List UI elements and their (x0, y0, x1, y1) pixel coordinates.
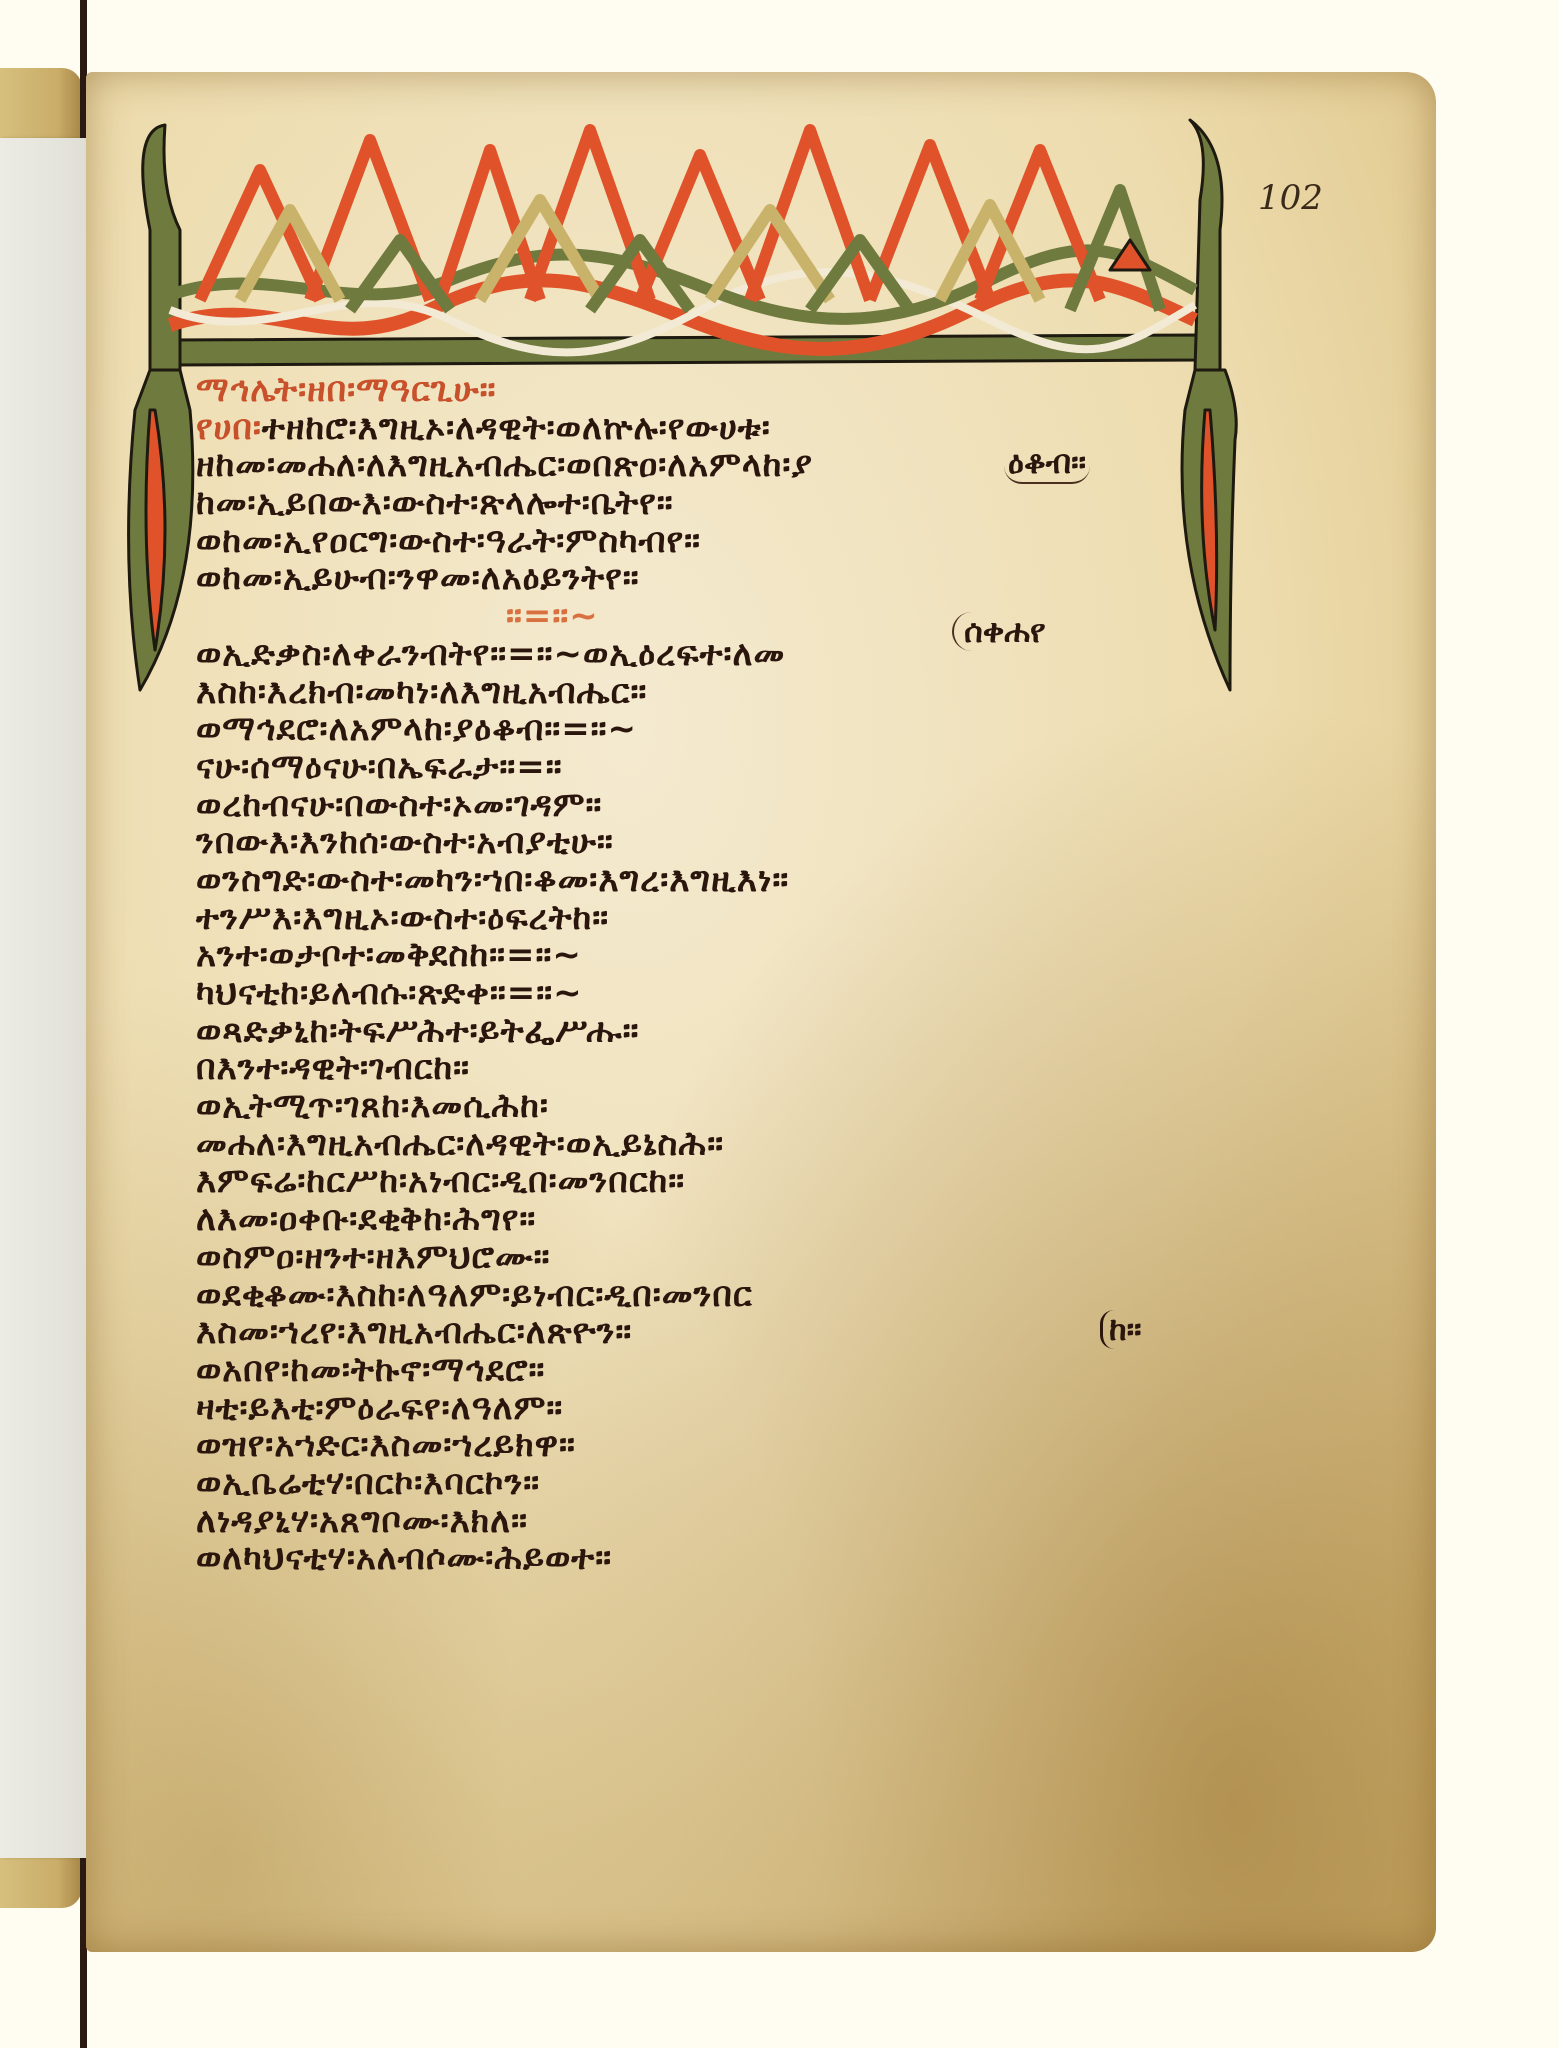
line-text: አንተ፡ወታቦተ፡መቅደስከ።=።~ (196, 935, 582, 975)
line-text: ተንሥእ፡እግዚኦ፡ውስተ፡ዕፍረትከ። (196, 898, 609, 938)
line-text: ወስምዐ፡ዘንተ፡ዘእምህሮሙ። (196, 1237, 551, 1277)
rubric-title: ማኅሌት፡ዘበ፡ማዓርጊሁ። (196, 370, 496, 410)
line-text: ካህናቲከ፡ይለብሱ፡ጽድቀ።=።~ (196, 973, 583, 1013)
text-line: እስከ፡እረክብ፡መካነ፡ለእግዚአብሔር። (196, 674, 1176, 712)
line-text: ተዘከሮ፡እግዚኦ፡ለዳዊት፡ወለኵሉ፡የውሀቱ፡ (262, 408, 771, 448)
text-line: እምፍሬ፡ከርሥከ፡አነብር፡ዲበ፡መንበርከ። (196, 1163, 1176, 1201)
rubric-title-line: ማኅሌት፡ዘበ፡ማዓርጊሁ። (196, 372, 1176, 410)
text-line: አንተ፡ወታቦተ፡መቅደስከ።=።~ (196, 937, 1176, 975)
line-text: ወዝየ፡አኀድር፡እስመ፡ኀረይክዋ። (196, 1425, 576, 1465)
text-line: ለእመ፡ዐቀቡ፡ደቂቅከ፡ሕግየ። (196, 1201, 1176, 1239)
text-line: ወኢቤሬቲሃ፡በርኮ፡እባርኮን። (196, 1465, 1176, 1503)
text-line: ዛቲ፡ይእቲ፡ምዕራፍየ፡ለዓለም። (196, 1390, 1176, 1428)
text-line: እስመ፡ኀረየ፡እግዚአብሔር፡ለጽዮን። (196, 1314, 1176, 1352)
interlinear-correction: ዕቆብ። (1004, 443, 1090, 484)
text-line: ናሁ፡ሰማዕናሁ፡በኤፍራታ።=። (196, 749, 1176, 787)
text-line: ካህናቲከ፡ይለብሱ፡ጽድቀ።=።~ (196, 975, 1176, 1013)
text-line: ወንስግድ፡ውስተ፡መካን፡ኀበ፡ቆመ፡እግረ፡እግዚእነ። (196, 862, 1176, 900)
line-text: ናሁ፡ሰማዕናሁ፡በኤፍራታ።=። (196, 747, 563, 787)
line-text: ወከመ፡ኢይሁብ፡ንዋመ፡ለአዕይንትየ። (196, 558, 640, 598)
text-line: ወከመ፡ኢይሁብ፡ንዋመ፡ለአዕይንትየ። (196, 560, 1176, 598)
text-line: የሀበ፡ተዘከሮ፡እግዚኦ፡ለዳዊት፡ወለኵሉ፡የውሀቱ፡ (196, 410, 1176, 448)
text-line: ከመ፡ኢይበውእ፡ውስተ፡ጽላሎተ፡ቤትየ። (196, 485, 1176, 523)
text-line: ወለካህናቲሃ፡አለብሶሙ፡ሕይወተ። (196, 1540, 1176, 1578)
line-text: ወከመ፡ኢየዐርግ፡ውስተ፡ዓራት፡ምስካብየ። (196, 521, 701, 561)
line-text: ዘከመ፡መሐለ፡ለእግዚአብሔር፡ወበጽዐ፡ለአምላከ፡ያ (196, 445, 813, 485)
rubric-incipit: የሀበ፡ (196, 408, 262, 448)
line-text: ወኢድቃስ፡ለቀራንብትየ።=።~ወኢዕረፍተ፡ለመ (196, 634, 785, 674)
line-text: ወኢትሚጥ፡ገጸከ፡እመሲሕከ፡ (196, 1086, 549, 1126)
line-text: ወደቂቆሙ፡እስከ፡ለዓለም፡ይነብር፡ዲበ፡መንበር (196, 1275, 753, 1315)
line-text: እምፍሬ፡ከርሥከ፡አነብር፡ዲበ፡መንበርከ። (196, 1161, 685, 1201)
line-text: ዛቲ፡ይእቲ፡ምዕራፍየ፡ለዓለም። (196, 1388, 563, 1428)
line-text: እስመ፡ኀረየ፡እግዚአብሔር፡ለጽዮን። (196, 1312, 632, 1352)
line-text: እስከ፡እረክብ፡መካነ፡ለእግዚአብሔር። (196, 672, 647, 712)
marginal-note: ሰቀሐየ (952, 612, 1046, 651)
line-text: ወጻድቃኒከ፡ትፍሥሕተ፡ይትፌሥሑ። (196, 1011, 640, 1051)
text-line: ወከመ፡ኢየዐርግ፡ውስተ፡ዓራት፡ምስካብየ። (196, 523, 1176, 561)
text-line: ወጻድቃኒከ፡ትፍሥሕተ፡ይትፌሥሑ። (196, 1013, 1176, 1051)
line-text: ወማኅደሮ፡ለአምላከ፡ያዕቆብ።=።~ (196, 709, 637, 749)
line-text: ለነዳያኒሃ፡አጸግቦሙ፡እክለ። (196, 1501, 528, 1541)
text-line: ወኢትሚጥ፡ገጸከ፡እመሲሕከ፡ (196, 1088, 1176, 1126)
line-text: ወረከብናሁ፡በውስተ፡ኦመ፡ገዳም። (196, 785, 602, 825)
line-text: መሐለ፡እግዚአብሔር፡ለዳዊት፡ወኢይኔስሕ። (196, 1124, 724, 1164)
text-line: ንበውእ፡እንከሰ፡ውስተ፡አብያቲሁ። (196, 824, 1176, 862)
text-line: በእንተ፡ዳዊት፡ገብርከ። (196, 1050, 1176, 1088)
line-text: ለእመ፡ዐቀቡ፡ደቂቅከ፡ሕግየ። (196, 1199, 536, 1239)
text-line: ወማኅደሮ፡ለአምላከ፡ያዕቆብ።=።~ (196, 711, 1176, 749)
line-text: ወለካህናቲሃ፡አለብሶሙ፡ሕይወተ። (196, 1538, 612, 1578)
text-line: ወአበየ፡ከመ፡ትኩኖ፡ማኅደሮ። (196, 1352, 1176, 1390)
text-line: ተንሥእ፡እግዚኦ፡ውስተ፡ዕፍረትከ። (196, 900, 1176, 938)
text-line: መሐለ፡እግዚአብሔር፡ለዳዊት፡ወኢይኔስሕ። (196, 1126, 1176, 1164)
line-text: ወአበየ፡ከመ፡ትኩኖ፡ማኅደሮ። (196, 1350, 545, 1390)
line-text: ወንስግድ፡ውስተ፡መካን፡ኀበ፡ቆመ፡እግረ፡እግዚእነ። (196, 860, 789, 900)
text-line: ወስምዐ፡ዘንተ፡ዘእምህሮሙ። (196, 1239, 1176, 1277)
text-line: ለነዳያኒሃ፡አጸግቦሙ፡እክለ። (196, 1503, 1176, 1541)
line-text: ንበውእ፡እንከሰ፡ውስተ፡አብያቲሁ። (196, 822, 614, 862)
line-text: ከመ፡ኢይበውእ፡ውስተ፡ጽላሎተ፡ቤትየ። (196, 483, 674, 523)
line-text: ወኢቤሬቲሃ፡በርኮ፡እባርኮን። (196, 1463, 540, 1503)
text-line: ወደቂቆሙ፡እስከ፡ለዓለም፡ይነብር፡ዲበ፡መንበር (196, 1277, 1176, 1315)
text-line: ወዝየ፡አኀድር፡እስመ፡ኀረይክዋ። (196, 1427, 1176, 1465)
marginal-note: ከ። (1100, 1310, 1142, 1349)
text-line: ወረከብናሁ፡በውስተ፡ኦመ፡ገዳም። (196, 787, 1176, 825)
folio-number: 102 (1258, 178, 1323, 218)
manuscript-text-block: ማኅሌት፡ዘበ፡ማዓርጊሁ። የሀበ፡ተዘከሮ፡እግዚኦ፡ለዳዊት፡ወለኵሉ፡የ… (196, 372, 1176, 1578)
line-text: በእንተ፡ዳዊት፡ገብርከ። (196, 1048, 470, 1088)
line-marks: ።=።~ (506, 596, 599, 636)
